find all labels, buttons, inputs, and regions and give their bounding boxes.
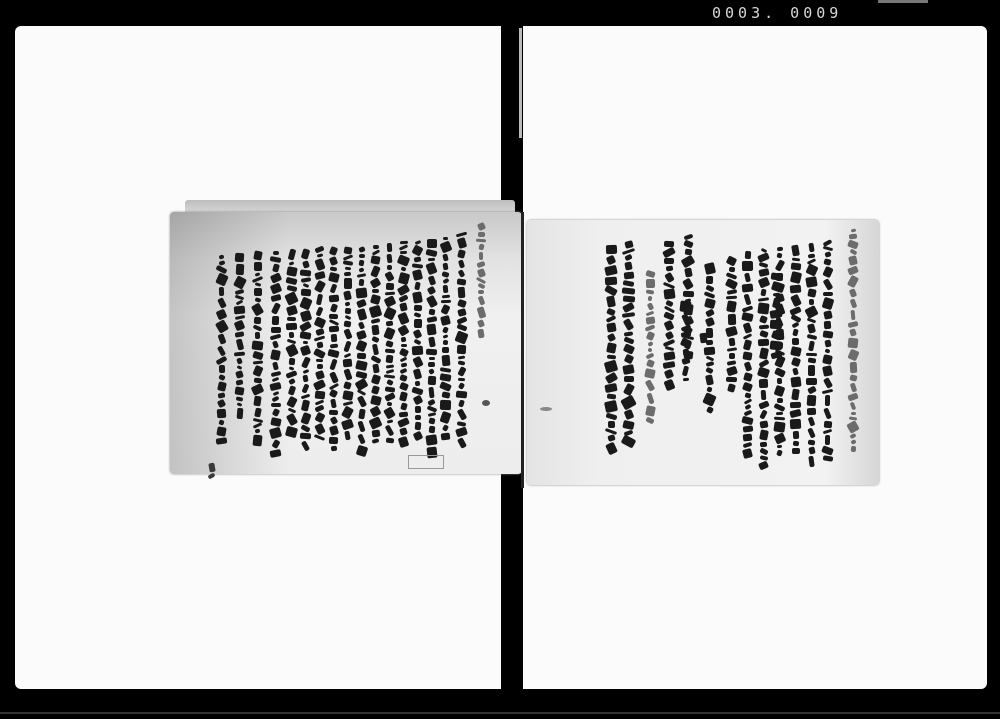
handwriting-column	[770, 272, 782, 359]
frame-number: 0003. 0009	[712, 4, 842, 22]
film-bottom-edge	[0, 712, 1000, 714]
handwriting-column	[726, 256, 737, 393]
handwriting-column	[605, 244, 617, 455]
page-stamp-box	[408, 455, 444, 469]
handwriting-column	[622, 240, 635, 447]
handwriting-column	[440, 236, 451, 441]
handwriting-column	[476, 222, 486, 339]
handwriting-column	[758, 248, 769, 470]
handwriting-column	[426, 238, 437, 459]
handwriting-column	[216, 254, 227, 445]
handwriting-column	[456, 232, 467, 449]
handwriting-column	[234, 252, 245, 420]
handwriting-column	[286, 248, 297, 438]
handwriting-column	[412, 240, 423, 441]
handwriting-column	[790, 244, 801, 455]
handwriting-column	[208, 462, 215, 479]
handwriting-column	[663, 240, 675, 391]
handwriting-column	[252, 250, 263, 447]
ink-smudge	[540, 407, 552, 411]
handwriting-column	[328, 246, 339, 452]
film-edge-strip	[878, 0, 928, 3]
handwriting-column	[384, 242, 395, 444]
handwriting-column	[270, 250, 281, 458]
handwriting-column	[806, 242, 817, 468]
handwriting-column	[700, 332, 707, 344]
handwriting-column	[300, 248, 311, 452]
handwriting-column	[314, 246, 325, 440]
ink-blot	[482, 400, 490, 406]
handwriting-column	[356, 246, 367, 457]
handwriting-column	[848, 228, 858, 453]
handwriting-column	[682, 234, 694, 360]
handwriting-column	[398, 240, 409, 448]
handwriting-column	[742, 250, 753, 459]
page-gutter	[521, 212, 524, 488]
handwriting-column	[645, 270, 655, 424]
spine-highlight	[519, 28, 522, 138]
handwriting-column	[342, 246, 353, 441]
handwriting-column	[822, 240, 833, 462]
handwriting-column	[370, 244, 381, 444]
